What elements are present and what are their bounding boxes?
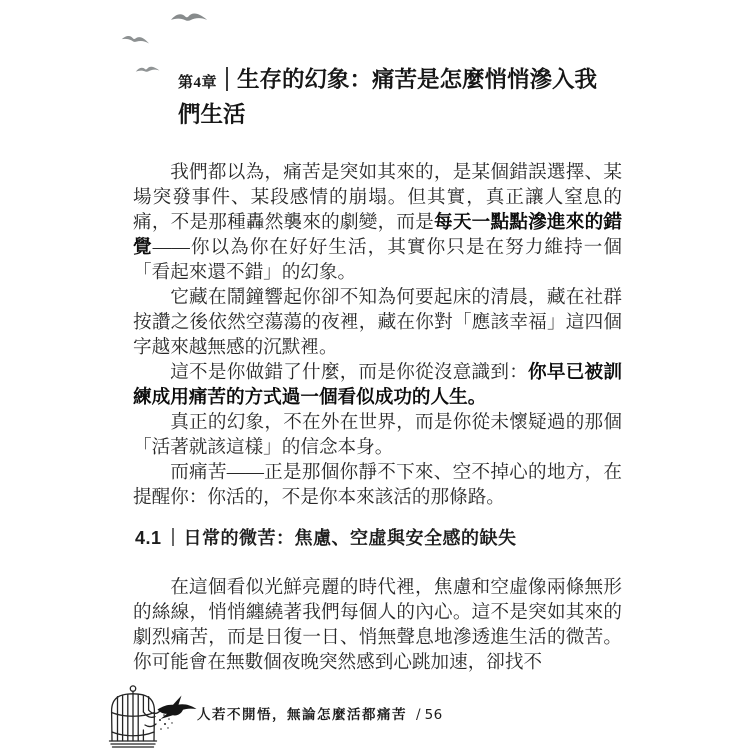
flying-bird-icon bbox=[170, 8, 209, 29]
section-title: 日常的微苦：焦慮、空虛與安全感的缺失 bbox=[184, 528, 517, 548]
paragraph-6-text: 在這個看似光鮮亮麗的時代裡，焦慮和空虛像兩條無形的絲線，悄悄纏繞著我們每個人的內… bbox=[133, 577, 622, 673]
footer-book-title: 人若不開悟，無論怎麼活都痛苦 bbox=[197, 707, 407, 723]
escaping-bird-icon bbox=[156, 694, 198, 720]
section-number: 4.1 bbox=[135, 528, 162, 548]
page-footer: 人若不開悟，無論怎麼活都痛苦/56 bbox=[197, 703, 443, 723]
paragraph-5-text: 而痛苦——正是那個你靜不下來、空不掉心的地方，在提醒你：你活的，不是你本來該活的… bbox=[133, 462, 622, 508]
chapter-number-label: 第4章 bbox=[178, 75, 217, 91]
title-divider-bar bbox=[226, 67, 228, 91]
paragraph-3: 這不是你做錯了什麼，而是你從沒意識到：你早已被訓練成用痛苦的方式過一個看似成功的… bbox=[133, 360, 622, 410]
chapter-title: 生存的幻象：痛苦是怎麼悄悄滲入我們生活 bbox=[178, 67, 597, 127]
paragraph-1: 我們都以為，痛苦是突如其來的，是某個錯誤選擇、某場突發事件、某段感情的崩塌。但其… bbox=[133, 160, 622, 285]
paragraph-6: 在這個看似光鮮亮麗的時代裡，焦慮和空虛像兩條無形的絲線，悄悄纏繞著我們每個人的內… bbox=[133, 575, 622, 675]
flying-bird-icon bbox=[134, 63, 160, 78]
paragraph-4: 真正的幻象，不在外在世界，而是你從未懷疑過的那個「活著就該這樣」的信念本身。 bbox=[133, 410, 622, 460]
section-heading: 4.1日常的微苦：焦慮、空虛與安全感的缺失 bbox=[135, 526, 622, 551]
chapter-header: 第4章生存的幻象：痛苦是怎麼悄悄滲入我們生活 bbox=[178, 64, 598, 134]
section-divider-bar bbox=[172, 528, 174, 546]
paragraph-2: 它藏在鬧鐘響起你卻不知為何要起床的清晨，藏在社群按讚之後依然空蕩蕩的夜裡，藏在你… bbox=[133, 285, 622, 360]
paragraph-4-text: 真正的幻象，不在外在世界，而是你從未懷疑過的那個「活著就該這樣」的信念本身。 bbox=[133, 412, 622, 458]
flying-bird-icon bbox=[120, 32, 150, 49]
paragraph-5: 而痛苦——正是那個你靜不下來、空不掉心的地方，在提醒你：你活的，不是你本來該活的… bbox=[133, 460, 622, 510]
paragraph-2-text: 它藏在鬧鐘響起你卻不知為何要起床的清晨，藏在社群按讚之後依然空蕩蕩的夜裡，藏在你… bbox=[133, 287, 622, 358]
footer-page-number: 56 bbox=[425, 707, 443, 723]
paragraph-1-text-cont: ——你以為你在好好生活，其實你只是在努力維持一個「看起來還不錯」的幻象。 bbox=[133, 237, 622, 283]
paragraph-3-text: 這不是你做錯了什麼，而是你從沒意識到： bbox=[170, 362, 528, 383]
footer-separator: / bbox=[416, 707, 421, 723]
body-text-column: 我們都以為，痛苦是突如其來的，是某個錯誤選擇、某場突發事件、某段感情的崩塌。但其… bbox=[133, 160, 622, 675]
book-page: 第4章生存的幻象：痛苦是怎麼悄悄滲入我們生活 我們都以為，痛苦是突如其來的，是某… bbox=[0, 0, 750, 750]
